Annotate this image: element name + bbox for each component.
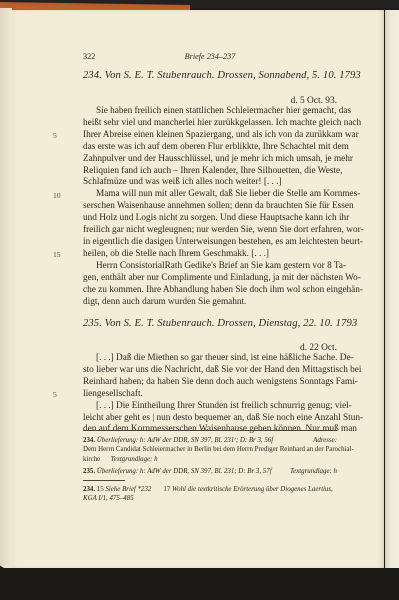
- text-line: digt, denn auch darum wurden Sie gemahnt…: [83, 297, 337, 309]
- letter-heading-235: 235. Von S. E. T. Stubenrauch. Drossen, …: [83, 318, 357, 329]
- text-line: [. . .] Daß die Miethen so gar theuer si…: [83, 353, 337, 365]
- text-line: Schlafmüze und was weiß ich alles noch w…: [83, 177, 337, 189]
- apparatus-entry-234: 234. Überlieferung: h: AdW der DDR, SN 3…: [83, 436, 273, 445]
- text-line: Reliquien fand ich auch – Ihren Kalender…: [83, 166, 337, 178]
- text-line: in eigentlich die dasigen Unterweisungen…: [83, 237, 337, 249]
- text-line: gen, enthält aber nur Complimente und Ei…: [83, 273, 337, 285]
- text-line: das erste was ich auf dem oberen Flur er…: [83, 142, 337, 154]
- text-line: Zahnpulver und der Hausschlüssel, und je…: [83, 154, 337, 166]
- letter-heading-234: 234. Von S. E. T. Stubenrauch. Drossen, …: [83, 70, 361, 81]
- text-line: sto lieber war uns die Nachricht, daß Si…: [83, 365, 337, 377]
- text-line: und Holz und Logis nicht zu sorgen. Und …: [83, 213, 337, 225]
- text-line: Herrn ConsistorialRath Gedike's Brief an…: [83, 261, 337, 273]
- apparatus-address: Dem Herrn Candidat Schleiermacher in Ber…: [83, 445, 337, 454]
- line-number: 15: [53, 250, 61, 259]
- apparatus-entry-235: 235. Überlieferung: h: AdW der DDR, SN 3…: [83, 467, 337, 476]
- line-number: 5: [53, 131, 57, 140]
- transmission-apparatus: 234. Überlieferung: h: AdW der DDR, SN 3…: [83, 436, 337, 477]
- letter-date-235: d. 22 Oct.: [300, 343, 337, 353]
- text-line: liengesellschaft.: [83, 389, 337, 401]
- letter-body-235: [. . .] Daß die Miethen so gar theuer si…: [83, 353, 337, 436]
- text-line: Ihrer Abreise einen kleinen Spaziergang,…: [83, 130, 337, 142]
- text-line: serschen Waisenhause annehmen sollen; de…: [83, 201, 337, 213]
- text-line: Reinhard haben; da haben Sie denn doch a…: [83, 377, 337, 389]
- page-gutter-shade: [0, 8, 12, 568]
- text-line: heißt sehr viel und mancherlei hier zurü…: [83, 118, 337, 130]
- letter-body-234: Sie haben freilich einen stattlichen Sch…: [83, 106, 337, 308]
- text-line: [. . .] Die Eintheilung Ihrer Stunden is…: [83, 401, 337, 413]
- text-line: leicht aber geht es | nun desto bequemer…: [83, 413, 337, 425]
- text-line: freilich gar nicht wegleugnen; nur werde…: [83, 225, 337, 237]
- next-page-edge: [385, 10, 399, 580]
- background-bottom: [0, 568, 399, 600]
- text-line: che zu kommen. Ihre Abhandlung haben Sie…: [83, 285, 337, 297]
- apparatus-line: kirche Textgrundlage: h: [83, 455, 337, 464]
- text-line: heilen, ob die Stelle nach Ihrem Geschma…: [83, 249, 337, 261]
- apparatus-line: 234. Überlieferung: h: AdW der DDR, SN 3…: [83, 436, 337, 445]
- text-line: Sie haben freilich einen stattlichen Sch…: [83, 106, 337, 118]
- running-head: Briefe 234–237: [83, 52, 337, 61]
- letter-date-234: d. 5 Oct. 93.: [291, 96, 337, 106]
- text-line: Mama will nun mit aller Gewalt, daß Sie …: [83, 189, 337, 201]
- explanatory-notes: 234. 15 Siehe Brief *232 17 Wohl die tex…: [83, 485, 337, 504]
- note-line: KGA I/1, 475–485: [83, 494, 337, 503]
- notes-rule: [83, 480, 125, 481]
- line-number: 5: [53, 390, 57, 399]
- page-header: 322 Briefe 234–237: [83, 52, 337, 64]
- note-line: 234. 15 Siehe Brief *232 17 Wohl die tex…: [83, 485, 337, 494]
- line-number: 10: [53, 191, 61, 200]
- apparatus-rule: [83, 430, 337, 431]
